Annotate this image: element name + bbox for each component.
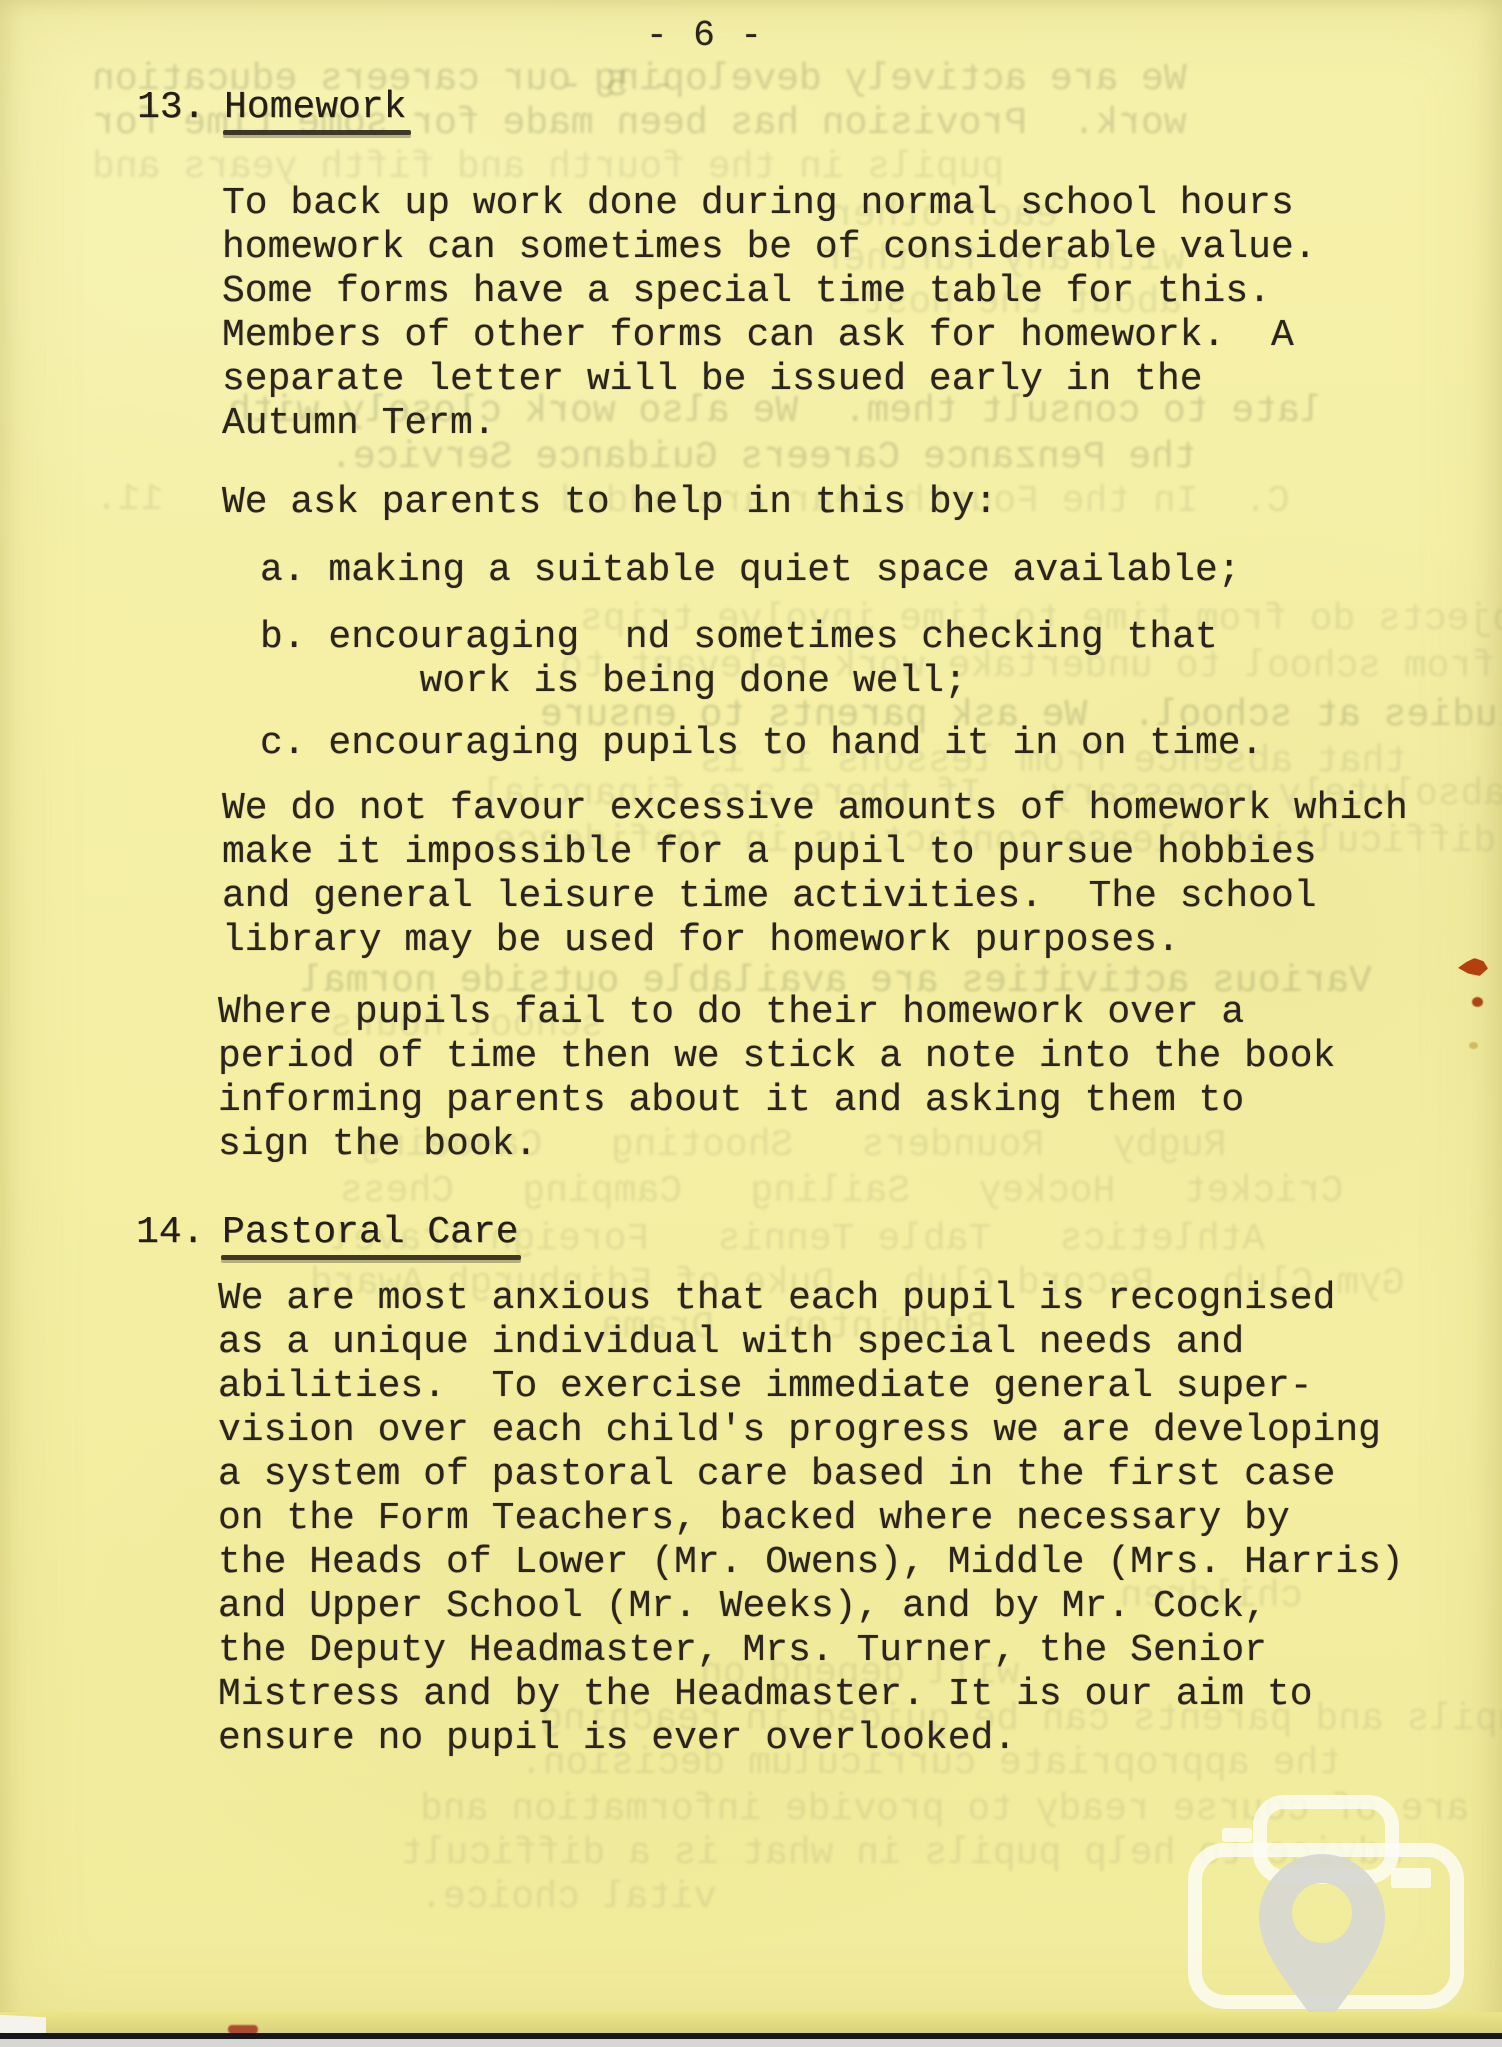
camera-watermark-icon: [1140, 1740, 1502, 2047]
scanned-document-page: - 5 -We are actively developing our care…: [0, 0, 1502, 2047]
list-item-a: a. making a suitable quiet space availab…: [260, 549, 1241, 593]
page-bottom-edge: [0, 2012, 1502, 2034]
section-13-paragraph-2: We do not favour excessive amounts of ho…: [222, 787, 1408, 963]
section-14-title: Pastoral Care: [222, 1211, 518, 1255]
bleedthrough-line: vital choice.: [420, 1876, 716, 1920]
section-14-paragraph-1: We are most anxious that each pupil is r…: [218, 1277, 1404, 1761]
bleedthrough-line: 11.: [95, 478, 163, 522]
section-14-title-underline: [221, 1255, 521, 1260]
section-13-list-intro: We ask parents to help in this by:: [222, 481, 997, 525]
section-13-title: Homework: [224, 86, 406, 130]
section-13-number: 13.: [137, 86, 205, 130]
camera-flash-rect: [1391, 1868, 1431, 1888]
list-item-b: b. encouraging nd sometimes checking tha…: [260, 616, 1218, 704]
section-13-paragraph-1: To back up work done during normal schoo…: [222, 182, 1317, 446]
section-14-number: 14.: [136, 1211, 204, 1255]
bleedthrough-line: Cricket Hockey Sailing Camping Chess: [340, 1170, 1343, 1214]
page-number: - 6 -: [646, 14, 764, 58]
paper-stain-speck: [1469, 1042, 1478, 1049]
scan-background-strip: [0, 2039, 1502, 2047]
list-item-c: c. encouraging pupils to hand it in on t…: [260, 722, 1263, 766]
camera-shutter-button: [1222, 1828, 1252, 1842]
section-13-title-underline: [223, 130, 411, 135]
red-ink-mark-dot: [1472, 997, 1483, 1007]
section-13-paragraph-3: Where pupils fail to do their homework o…: [218, 991, 1335, 1167]
